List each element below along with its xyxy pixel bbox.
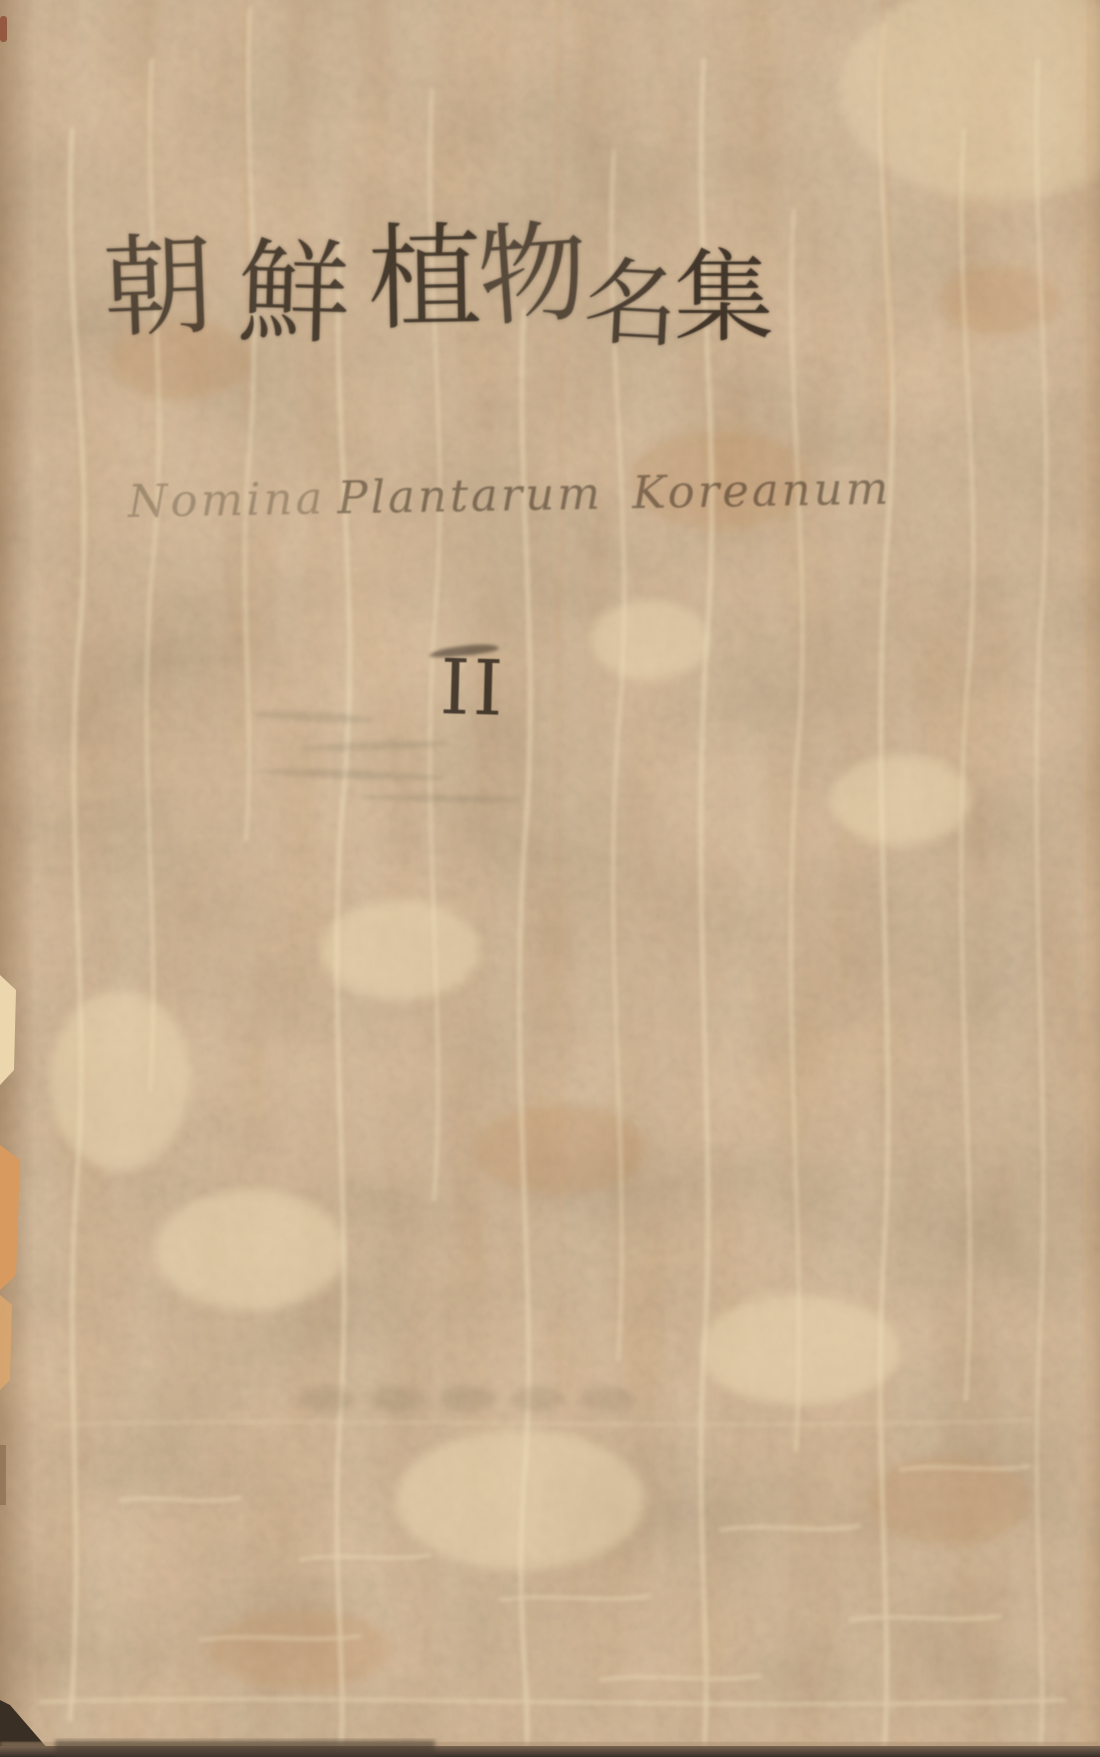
show-through-mark [510,1386,565,1412]
title-char: 朝 [101,230,215,344]
volume-mark: II [439,649,507,727]
bottom-edge [0,1740,1100,1757]
subtitle-clear-words: Plantarum Koreanum [337,462,892,525]
title-char: 集 [674,248,774,348]
title-char: 植 [367,221,483,337]
title-char: 物 [474,216,591,333]
show-through-mark [440,1386,495,1412]
subtitle-faint-word: Nomina [128,472,326,528]
show-through-mark [580,1386,635,1412]
show-through-mark [300,1386,355,1412]
title-char: 鮮 [237,237,352,352]
title-char: 名 [582,256,681,355]
book-cover: 朝 鮮 植 物 名 集 NominaPlantarum Koreanum II [0,0,1100,1757]
show-through-mark [370,1386,425,1412]
right-edge-shading [1086,0,1100,1757]
